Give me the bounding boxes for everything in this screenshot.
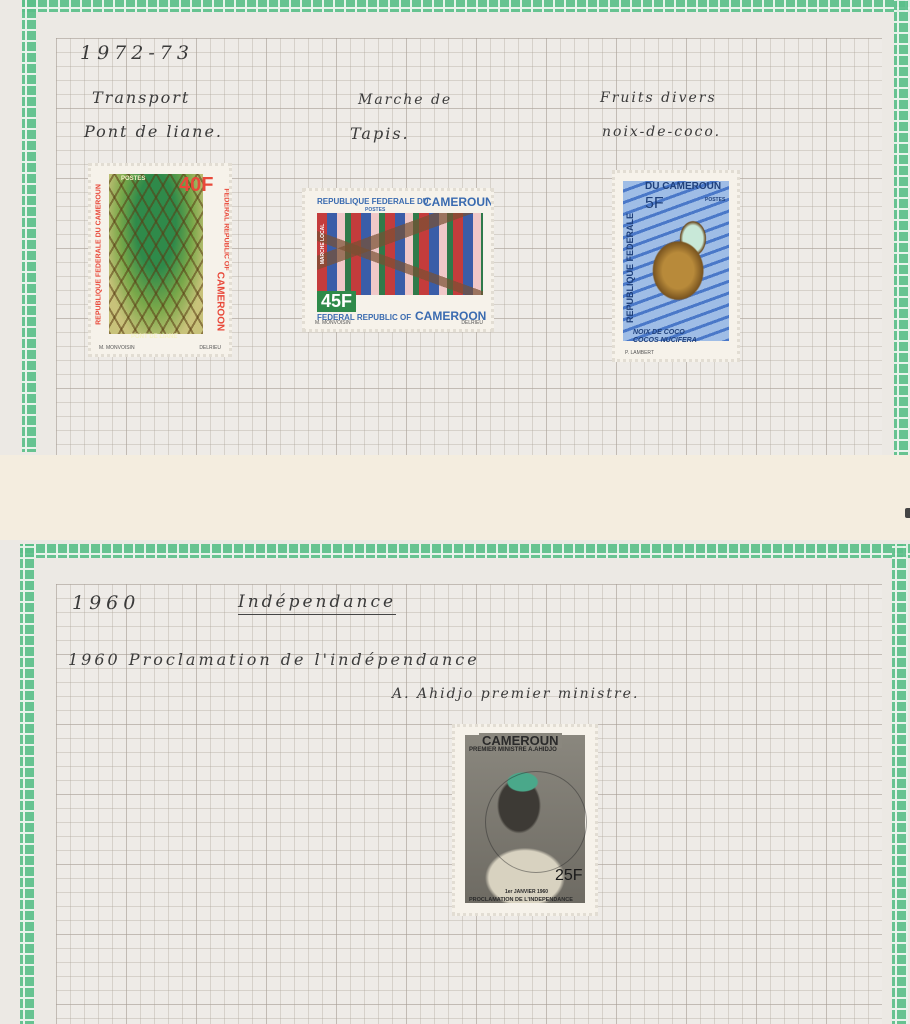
page-gap: [0, 455, 910, 540]
ahidjo-line: A. Ahidjo premier ministre.: [392, 686, 639, 702]
stamp-date: 1er JANVIER 1960: [505, 889, 548, 895]
year-label: 1972-73: [80, 42, 194, 64]
stamp-caption-2: COCOS NUCIFERA: [633, 337, 697, 344]
stamp-header: REPUBLIQUE FEDERALE DU: [317, 197, 429, 206]
stamp-ahidjo: CAMEROUN PREMIER MINISTRE A.AHIDJO 25F 1…: [452, 724, 598, 916]
stamp-designer: P. LAMBERT: [625, 350, 654, 356]
stamp-postes: POSTES: [121, 176, 145, 182]
stamp-value: 25F: [555, 867, 583, 885]
stamp-country-vertical: REPUBLIQUE FEDERALE DU CAMEROUN: [96, 175, 103, 335]
stamp-header: CAMEROUN: [479, 733, 562, 748]
greek-key-border-left: [20, 544, 34, 1024]
column-subtitle-coco: noix-de-coco.: [602, 124, 721, 140]
proclamation-line: 1960 Proclamation de l'indépendance: [68, 650, 480, 669]
postmark-circle: [485, 771, 587, 873]
stamp-header-big: CAMEROUN: [423, 195, 494, 209]
stamp-caption: PONT DE LIANE: [131, 334, 177, 340]
greek-key-border-top: [22, 0, 910, 12]
stamp-value: 5F: [645, 195, 664, 213]
stamp-header: DU CAMEROUN: [645, 181, 721, 192]
page-edge-mark: [905, 508, 910, 518]
year-label: 1960: [72, 592, 140, 614]
column-subtitle-pont: Pont de liane.: [84, 122, 223, 141]
stamp-country-right-big: CAMEROON: [215, 257, 226, 347]
stamp-caption-1: NOIX DE COCO: [633, 329, 685, 336]
greek-key-border-left: [22, 0, 36, 452]
stamp-engraver: DELRIEU: [199, 345, 221, 351]
heading-independance: Indépendance: [238, 592, 396, 615]
stamp-designer: M. MONVOISIN: [315, 320, 351, 326]
album-page-top: 1972-73 Transport Pont de liane. Marche …: [0, 0, 910, 455]
greek-key-border-top: [20, 544, 910, 558]
column-title-fruits: Fruits divers: [600, 90, 717, 106]
stamp-noix-de-coco: DU CAMEROUN REPUBLIQUE FEDERALE 5F POSTE…: [612, 170, 740, 362]
column-title-transport: Transport: [92, 88, 190, 107]
stamp-postes: POSTES: [705, 197, 725, 203]
column-title-marche: Marche de: [358, 92, 452, 108]
stamp-marche-local: REPUBLIQUE FEDERALE DU CAMEROUN POSTES M…: [302, 188, 494, 332]
stamp-engraver: DELRIEU: [461, 320, 483, 326]
stamp-vertical-label: REPUBLIQUE FEDERALE: [625, 203, 635, 333]
stamp-caption: PROCLAMATION DE L'INDEPENDANCE: [469, 897, 573, 903]
stamp-value: 40F: [179, 174, 213, 197]
stamp-pont-de-liane: 40F POSTES REPUBLIQUE FEDERALE DU CAMERO…: [88, 163, 232, 357]
column-subtitle-tapis: Tapis.: [350, 124, 410, 143]
stamp-postes: POSTES: [365, 207, 385, 213]
greek-key-border-right: [892, 544, 908, 1024]
stamp-value: 45F: [317, 291, 356, 312]
greek-key-border-right: [894, 0, 910, 455]
album-page-bottom: 1960 Indépendance 1960 Proclamation de l…: [0, 540, 910, 1024]
stamp-subheader: PREMIER MINISTRE A.AHIDJO: [469, 747, 557, 753]
stamp-designer: M. MONVOISIN: [99, 345, 135, 351]
stamp-side-label: MARCHE LOCAL: [320, 214, 326, 274]
